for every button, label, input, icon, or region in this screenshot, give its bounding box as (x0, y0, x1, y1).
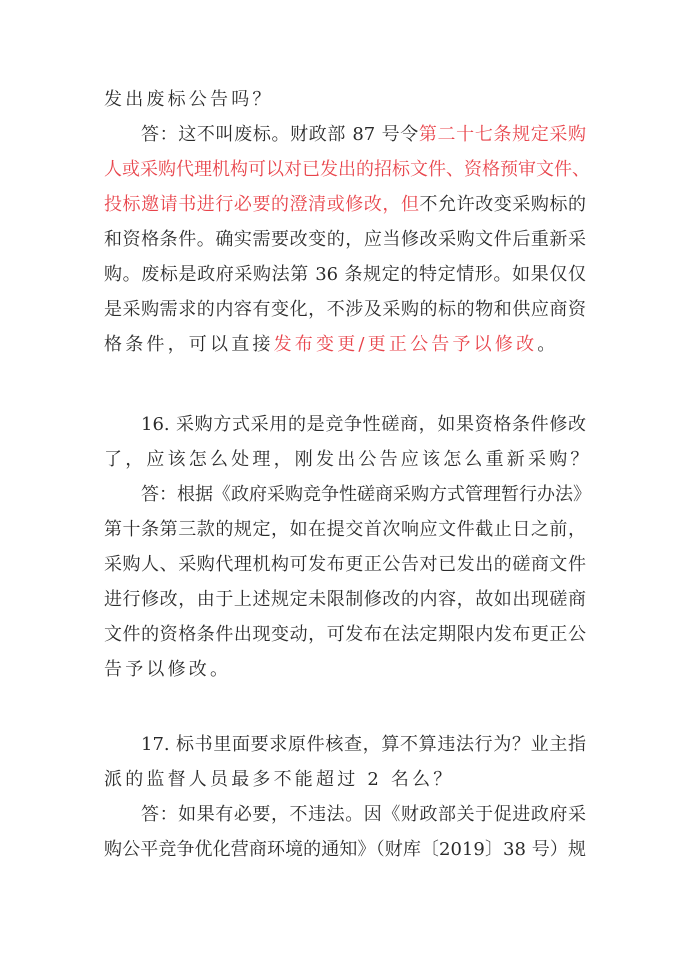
answer-16-line-3: 采购人、采购代理机构可发布更正公告对已发出的磋商文件 (104, 548, 586, 582)
text-segment: 16. 采购方式采用的是竞争性磋商，如果资格条件修改 (141, 414, 586, 435)
answer-16-line-5: 文件的资格条件出现变动，可发布在法定期限内发布更正公 (104, 618, 586, 652)
answer-17-line-2: 购公平竞争优化营商环境的通知》（财库〔2019〕38 号）规 (104, 833, 586, 867)
text-line-8: 格条件，可以直接发布变更/更正公告予以修改。 (104, 328, 586, 362)
document-page: 发出废标公告吗？ 答：这不叫废标。财政部 87 号令第二十七条规定采购 人或采购… (0, 0, 680, 962)
answer-16-line-6: 告予以修改。 (104, 653, 586, 687)
text-segment: 采购人、采购代理机构可发布更正公告对已发出的磋商文件 (104, 554, 586, 575)
text-segment: 不允许改变采购标的 (420, 194, 586, 215)
text-segment: 购。废标是政府采购法第 36 条规定的特定情形。如果仅仅 (104, 264, 586, 285)
text-segment: 第十条第三款的规定，如在提交首次响应文件截止日之前， (104, 519, 586, 540)
text-segment: 17. 标书里面要求原件核查，算不算违法行为？业主指 (141, 734, 586, 755)
answer-16-line-1: 答：根据《政府采购竞争性磋商采购方式管理暂行办法》 (141, 478, 586, 512)
text-line-3: 人或采购代理机构可以对已发出的招标文件、资格预审文件、 (104, 153, 586, 187)
text-line-2: 答：这不叫废标。财政部 87 号令第二十七条规定采购 (141, 118, 586, 152)
highlighted-text: 发布变更/更正公告予以修改 (274, 334, 538, 355)
text-segment: 进行修改，由于上述规定未限制修改的内容，故如出现磋商 (104, 589, 586, 610)
text-line-1: 发出废标公告吗？ (104, 83, 586, 117)
text-line-6: 购。废标是政府采购法第 36 条规定的特定情形。如果仅仅 (104, 258, 586, 292)
highlighted-text: 投标邀请书进行必要的澄清或修改，但 (104, 194, 420, 215)
text-segment: 和资格条件。确实需要改变的，应当修改采购文件后重新采 (104, 229, 586, 250)
text-segment: 。 (537, 334, 558, 355)
highlighted-text: 第二十七条规定采购 (419, 124, 586, 145)
text-segment: 了，应该怎么处理，刚发出公告应该怎么重新采购？ (104, 449, 592, 470)
text-line-4: 投标邀请书进行必要的澄清或修改，但不允许改变采购标的 (104, 188, 586, 222)
answer-16-line-4: 进行修改，由于上述规定未限制修改的内容，故如出现磋商 (104, 583, 586, 617)
text-segment: 发出废标公告吗？ (104, 89, 274, 110)
text-segment: 告予以修改。 (104, 659, 231, 680)
text-segment: 是采购需求的内容有变化，不涉及采购的标的物和供应商资 (104, 299, 586, 320)
question-17-line-2: 派的监督人员最多不能超过 2 名么？ (104, 763, 586, 797)
text-segment: 文件的资格条件出现变动，可发布在法定期限内发布更正公 (104, 624, 586, 645)
answer-16-line-2: 第十条第三款的规定，如在提交首次响应文件截止日之前， (104, 513, 586, 547)
question-16-line-1: 16. 采购方式采用的是竞争性磋商，如果资格条件修改 (141, 408, 586, 442)
question-16-line-2: 了，应该怎么处理，刚发出公告应该怎么重新采购？ (104, 443, 586, 477)
text-line-7: 是采购需求的内容有变化，不涉及采购的标的物和供应商资 (104, 293, 586, 327)
text-segment: 格条件，可以直接 (104, 334, 274, 355)
question-17-line-1: 17. 标书里面要求原件核查，算不算违法行为？业主指 (141, 728, 586, 762)
text-segment: 答：如果有必要，不违法。因《财政部关于促进政府采 (141, 804, 586, 825)
text-line-5: 和资格条件。确实需要改变的，应当修改采购文件后重新采 (104, 223, 586, 257)
text-segment: 派的监督人员最多不能超过 2 名么？ (104, 769, 455, 790)
text-segment: 答：这不叫废标。财政部 87 号令 (141, 124, 419, 145)
text-segment: 答：根据《政府采购竞争性磋商采购方式管理暂行办法》 (141, 484, 591, 505)
answer-17-line-1: 答：如果有必要，不违法。因《财政部关于促进政府采 (141, 798, 586, 832)
highlighted-text: 人或采购代理机构可以对已发出的招标文件、资格预审文件、 (104, 159, 590, 180)
text-segment: 购公平竞争优化营商环境的通知》（财库〔2019〕38 号）规 (104, 839, 586, 860)
